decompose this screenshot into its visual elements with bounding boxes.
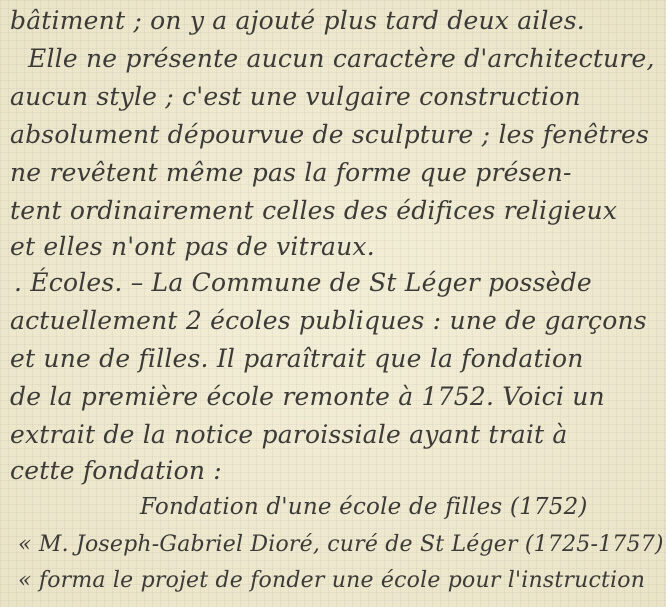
quote-title: Fondation d'une école de filles (1752) — [140, 494, 588, 520]
manuscript-page: bâtiment ; on y a ajouté plus tard deux … — [0, 0, 666, 607]
text-line: absolument dépourvue de sculpture ; les … — [10, 120, 649, 149]
quote-line: « forma le projet de fonder une école po… — [18, 568, 645, 593]
text-line: et elles n'ont pas de vitraux. — [10, 232, 375, 261]
text-line: Elle ne présente aucun caractère d'archi… — [28, 44, 655, 73]
section-heading-ecoles: . Écoles. – La Commune de St Léger possè… — [14, 268, 592, 297]
text-line: et une de filles. Il paraîtrait que la f… — [10, 344, 584, 373]
text-line: de la première école remonte à 1752. Voi… — [10, 382, 605, 411]
quote-line: « M. Joseph-Gabriel Dioré, curé de St Lé… — [18, 532, 664, 557]
text-line: ne revêtent même pas la forme que présen… — [10, 158, 572, 187]
text-line: extrait de la notice paroissiale ayant t… — [10, 420, 568, 449]
text-line: cette fondation : — [10, 456, 222, 485]
text-line: aucun style ; c'est une vulgaire constru… — [10, 82, 581, 111]
text-line: bâtiment ; on y a ajouté plus tard deux … — [10, 6, 585, 35]
text-line: actuellement 2 écoles publiques : une de… — [10, 306, 647, 335]
text-line: tent ordinairement celles des édifices r… — [10, 196, 617, 225]
